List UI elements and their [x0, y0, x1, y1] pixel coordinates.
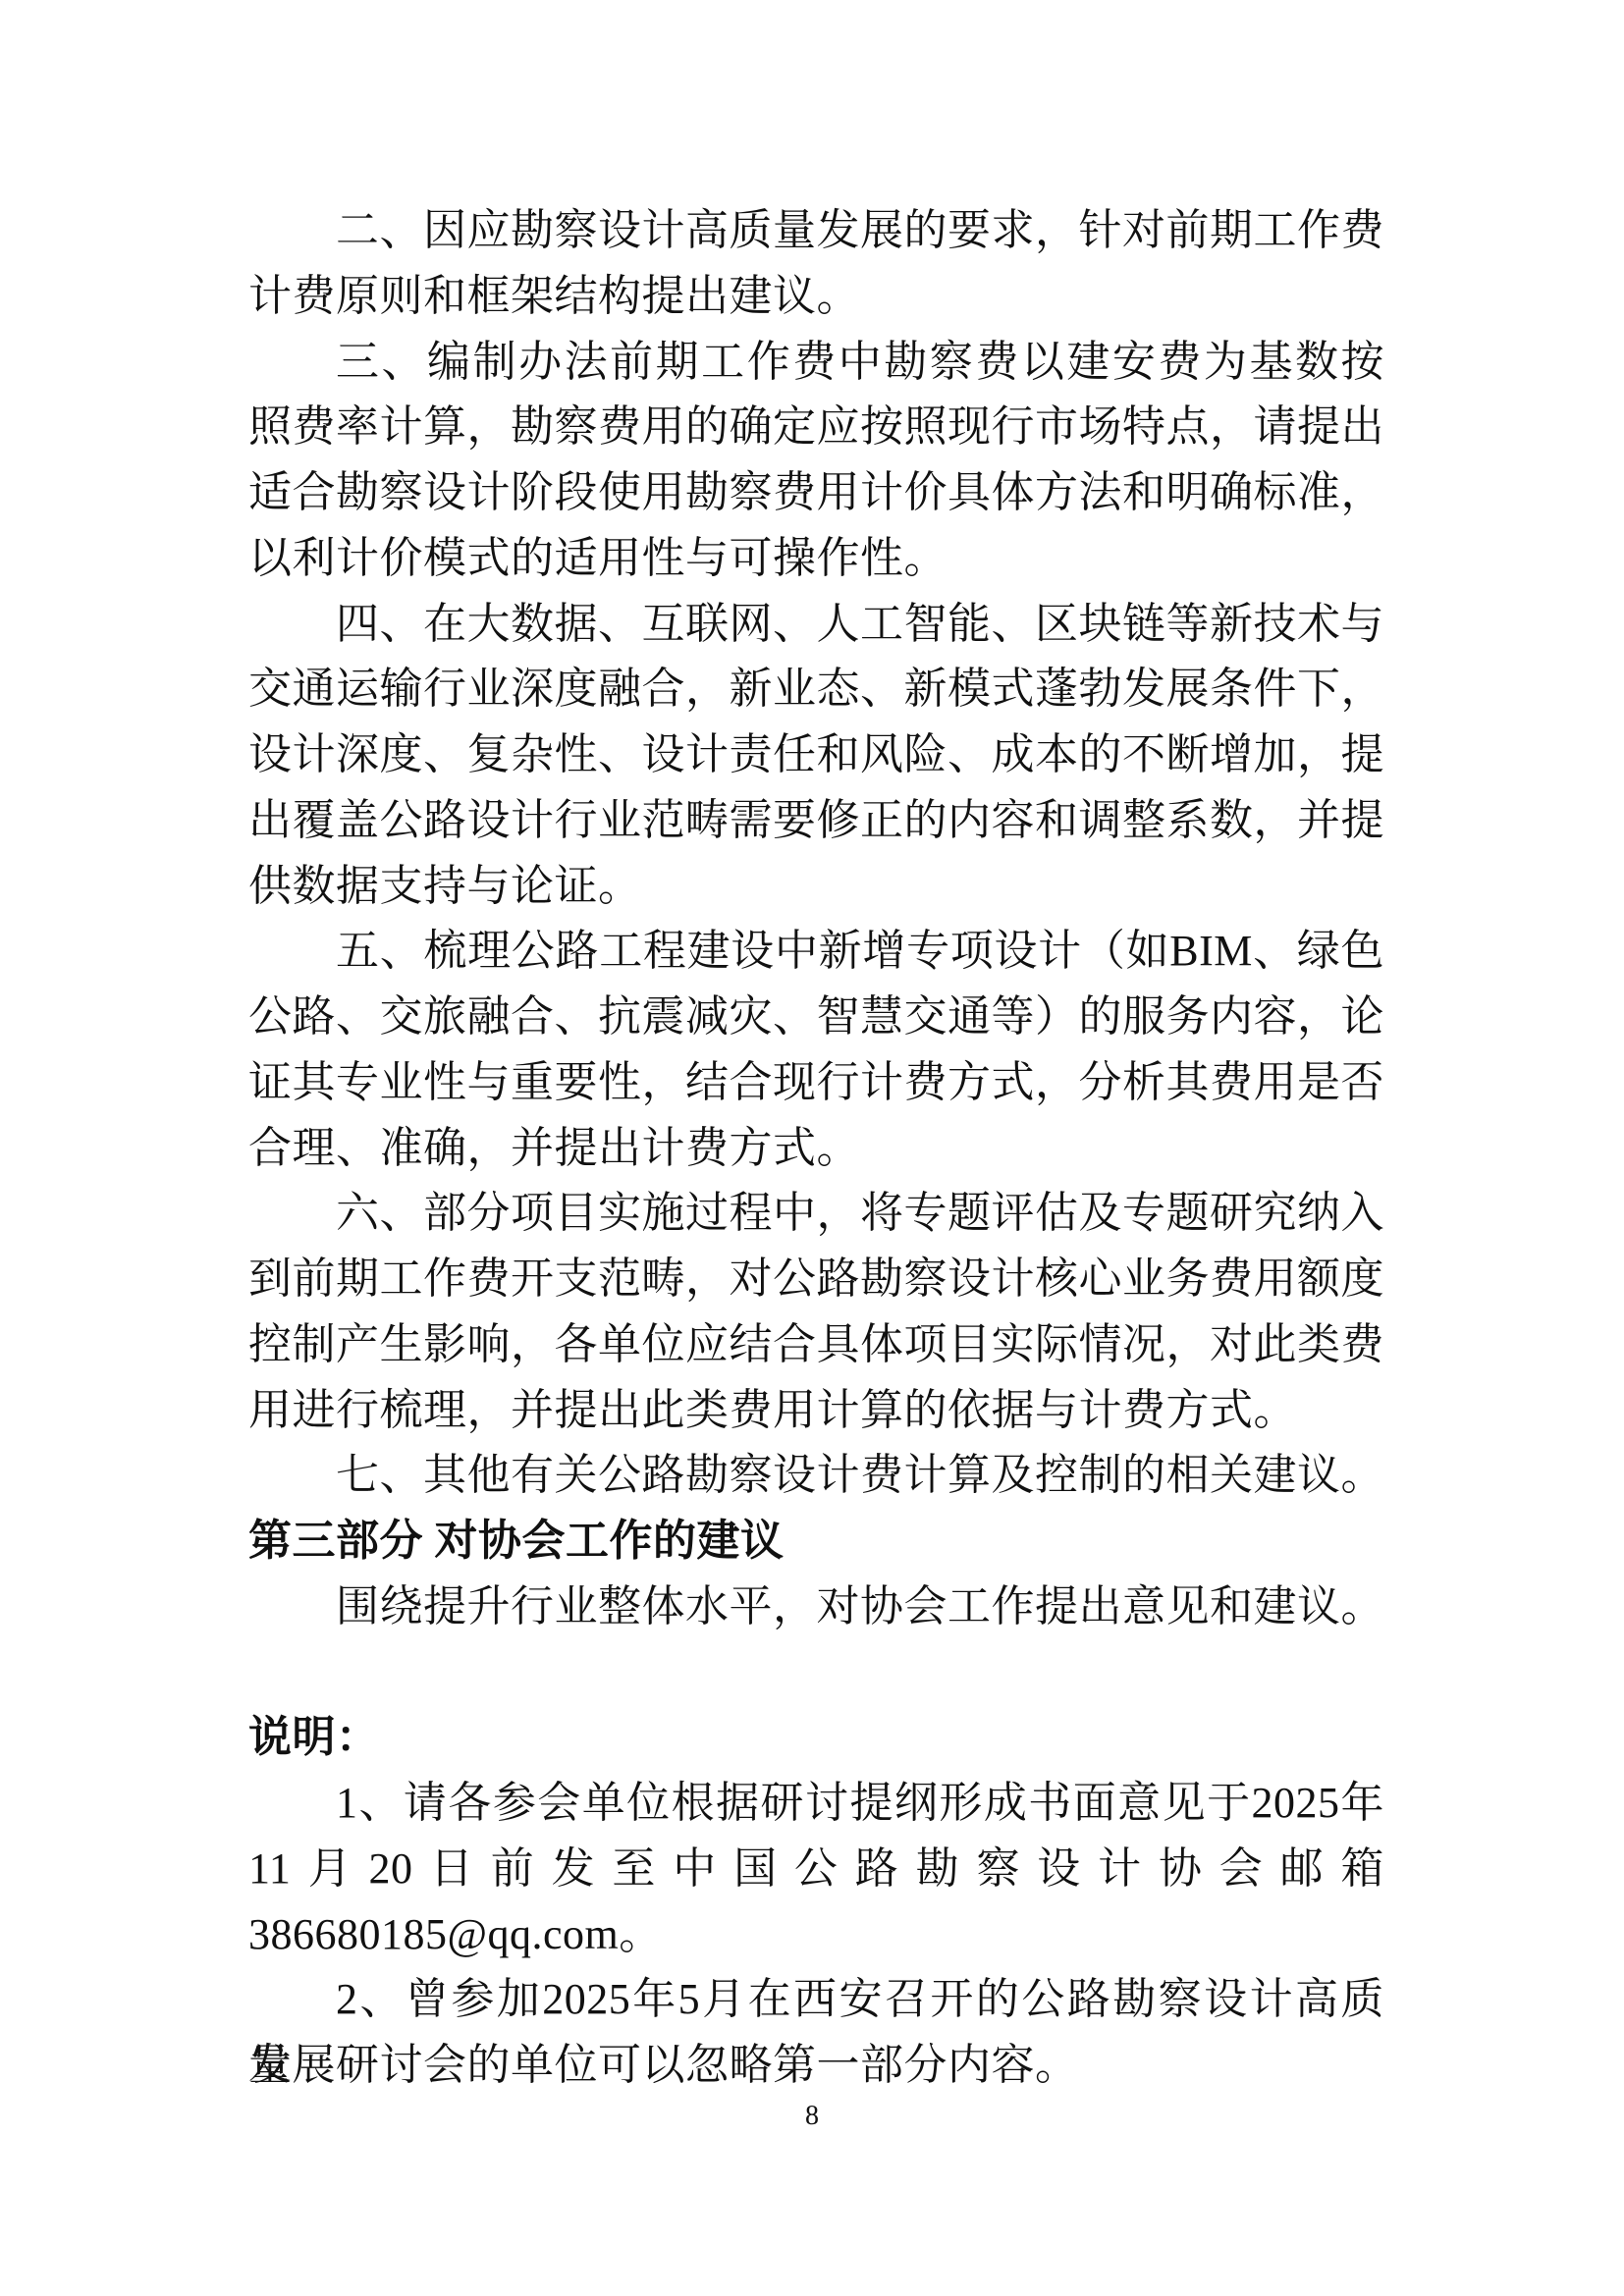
body-line: 以利计价模式的适用性与可操作性。	[248, 526, 1384, 592]
body-line: 交通运输行业深度融合，新业态、新模式蓬勃发展条件下，	[248, 657, 1384, 722]
body-line: 控制产生影响，各单位应结合具体项目实际情况，对此类费	[248, 1312, 1384, 1378]
body-line: 六、部分项目实施过程中，将专题评估及专题研究纳入	[248, 1181, 1384, 1247]
body-line: 2、曾参加2025年5月在西安召开的公路勘察设计高质量	[248, 1967, 1384, 2033]
body-line: 公路、交旅融合、抗震减灾、智慧交通等）的服务内容，论	[248, 985, 1384, 1050]
body-line: 照费率计算，勘察费用的确定应按照现行市场特点，请提出	[248, 395, 1384, 460]
body-line: 用进行梳理，并提出此类费用计算的依据与计费方式。	[248, 1378, 1384, 1444]
body-line: 1、请各参会单位根据研讨提纲形成书面意见于2025年	[248, 1771, 1384, 1837]
body-line: 证其专业性与重要性，结合现行计费方式，分析其费用是否	[248, 1050, 1384, 1116]
body-line: 发展研讨会的单位可以忽略第一部分内容。	[248, 2033, 1384, 2099]
document-body: 二、因应勘察设计高质量发展的要求，针对前期工作费 计费原则和框架结构提出建议。 …	[248, 198, 1384, 2099]
notes-heading: 说明：	[248, 1705, 1384, 1771]
body-line: 供数据支持与论证。	[248, 854, 1384, 920]
page-number: 8	[0, 2095, 1624, 2138]
body-line: 计费原则和框架结构提出建议。	[248, 264, 1384, 330]
body-line: 出覆盖公路设计行业范畴需要修正的内容和调整系数，并提	[248, 788, 1384, 854]
body-line: 四、在大数据、互联网、人工智能、区块链等新技术与	[248, 592, 1384, 658]
body-line: 二、因应勘察设计高质量发展的要求，针对前期工作费	[248, 198, 1384, 264]
body-line: 386680185@qq.com。	[248, 1902, 1384, 1968]
body-line: 适合勘察设计阶段使用勘察费用计价具体方法和明确标准，	[248, 460, 1384, 526]
document-page: 二、因应勘察设计高质量发展的要求，针对前期工作费 计费原则和框架结构提出建议。 …	[0, 0, 1624, 2296]
body-line: 三、编制办法前期工作费中勘察费以建安费为基数按	[248, 330, 1384, 396]
body-line: 七、其他有关公路勘察设计费计算及控制的相关建议。	[248, 1443, 1384, 1509]
body-line: 合理、准确，并提出计费方式。	[248, 1116, 1384, 1182]
body-line: 围绕提升行业整体水平，对协会工作提出意见和建议。	[248, 1575, 1384, 1640]
body-line: 五、梳理公路工程建设中新增专项设计（如BIM、绿色	[248, 919, 1384, 985]
body-line: 到前期工作费开支范畴，对公路勘察设计核心业务费用额度	[248, 1247, 1384, 1312]
blank-line	[248, 1640, 1384, 1706]
body-line: 设计深度、复杂性、设计责任和风险、成本的不断增加，提	[248, 722, 1384, 788]
body-line: 11月20日前发至中国公路勘察设计协会邮箱	[248, 1837, 1384, 1902]
section-heading: 第三部分 对协会工作的建议	[248, 1509, 1384, 1575]
